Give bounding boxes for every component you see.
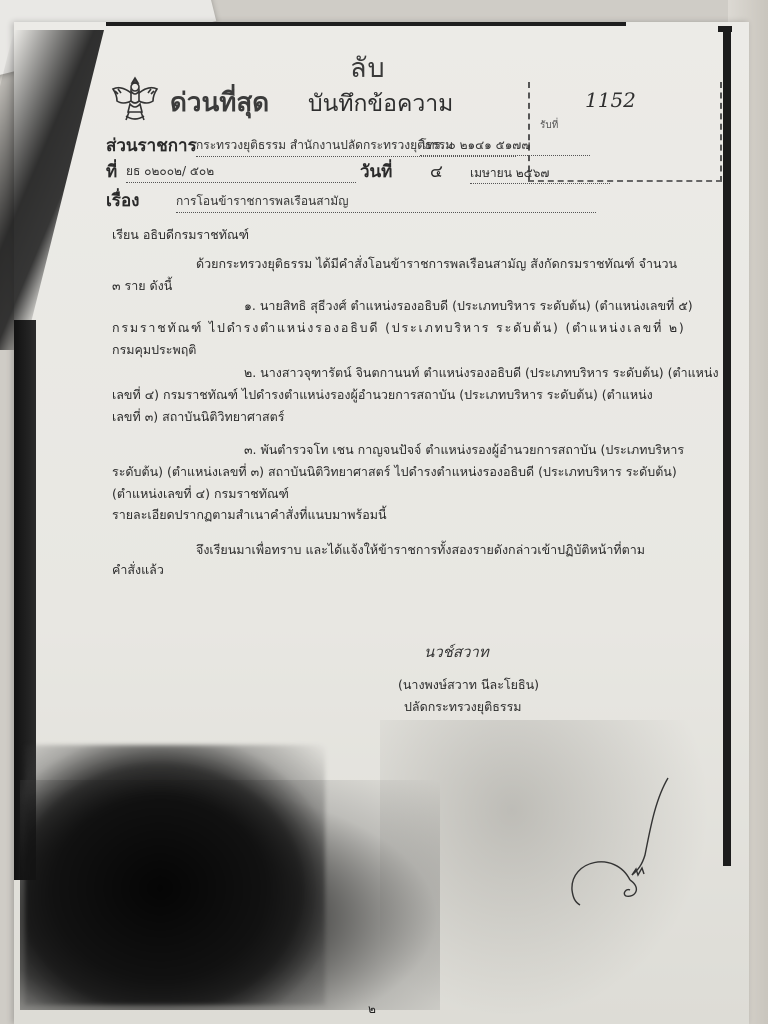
signatory-title: ปลัดกระทรวงยุติธรรม (404, 697, 522, 717)
closing-line-1: จึงเรียนมาเพื่อทราบ และได้แจ้งให้ข้าราชก… (196, 540, 645, 560)
date-day: ๔ (430, 158, 443, 185)
date-month-year: เมษายน ๒๕๖๗ (470, 164, 610, 184)
item-2-line-2: เลขที่ ๔) กรมราชทัณฑ์ ไปดำรงตำแหน่งรองผู… (112, 385, 653, 405)
intro-line-2: ๓ ราย ดังนี้ (112, 276, 172, 296)
item-1-line-1: ๑. นายสิทธิ สุธีวงศ์ ตำแหน่งรองอธิบดี (ป… (244, 296, 693, 316)
item-2-line-1: ๒. นางสาวจุฑารัตน์ จินตกานนท์ ตำแหน่งรอง… (244, 363, 719, 383)
reference-number: ยธ ๐๒๐๐๒/ ๕๐๒ (126, 162, 356, 183)
subject-value: การโอนข้าราชการพลเรือนสามัญ (176, 192, 596, 213)
garuda-emblem-icon (110, 72, 160, 124)
handwritten-initial-mark-icon (560, 770, 680, 910)
signature-handwritten: นวช์สวาท (424, 640, 489, 664)
details-note: รายละเอียดปรากฏตามสำเนาคำสั่งที่แนบมาพร้… (112, 505, 387, 525)
urgency-mark: ด่วนที่สุด (170, 82, 269, 123)
item-2-line-3: เลขที่ ๓) สถาบันนิติวิทยาศาสตร์ (112, 407, 284, 427)
item-3-line-3: (ตำแหน่งเลขที่ ๔) กรมราชทัณฑ์ (112, 484, 289, 504)
signatory-name: (นางพงษ์สวาท นีละโยธิน) (398, 675, 539, 695)
intro-line-1: ด้วยกระทรวงยุติธรรม ได้มีคำสั่งโอนข้าราช… (196, 254, 677, 274)
subject-label: เรื่อง (106, 187, 139, 214)
closing-line-2: คำสั่งแล้ว (112, 560, 164, 580)
page-number: ๒ (368, 1000, 376, 1019)
phone-number: โทร. ๐ ๒๑๔๑ ๕๑๗๗ (420, 136, 590, 156)
item-3-line-2: ระดับต้น) (ตำแหน่งเลขที่ ๓) สถาบันนิติวิ… (112, 462, 677, 482)
item-3-line-1: ๓. พันตำรวจโท เชน กาญจนปัจจ์ ตำแหน่งรองผ… (244, 440, 684, 460)
classification-mark: ลับ (350, 46, 386, 89)
salutation: เรียน อธิบดีกรมราชทัณฑ์ (112, 225, 249, 245)
received-stamp-label: รับที่ (540, 118, 558, 133)
reference-label: ที่ (106, 158, 117, 185)
item-1-line-2: กรมราชทัณฑ์ ไปดำรงตำแหน่งรองอธิบดี (ประเ… (112, 318, 686, 338)
received-stamp-number: 1152 (585, 88, 636, 112)
memo-title: บันทึกข้อความ (308, 86, 453, 122)
item-1-line-3: กรมคุมประพฤติ (112, 340, 196, 360)
memo: ลับ ด่วนที่สุด บันทึกข้อความ 1152 รับที่… (0, 0, 768, 1024)
department-label: ส่วนราชการ (106, 132, 197, 159)
date-label: วันที่ (360, 158, 392, 185)
